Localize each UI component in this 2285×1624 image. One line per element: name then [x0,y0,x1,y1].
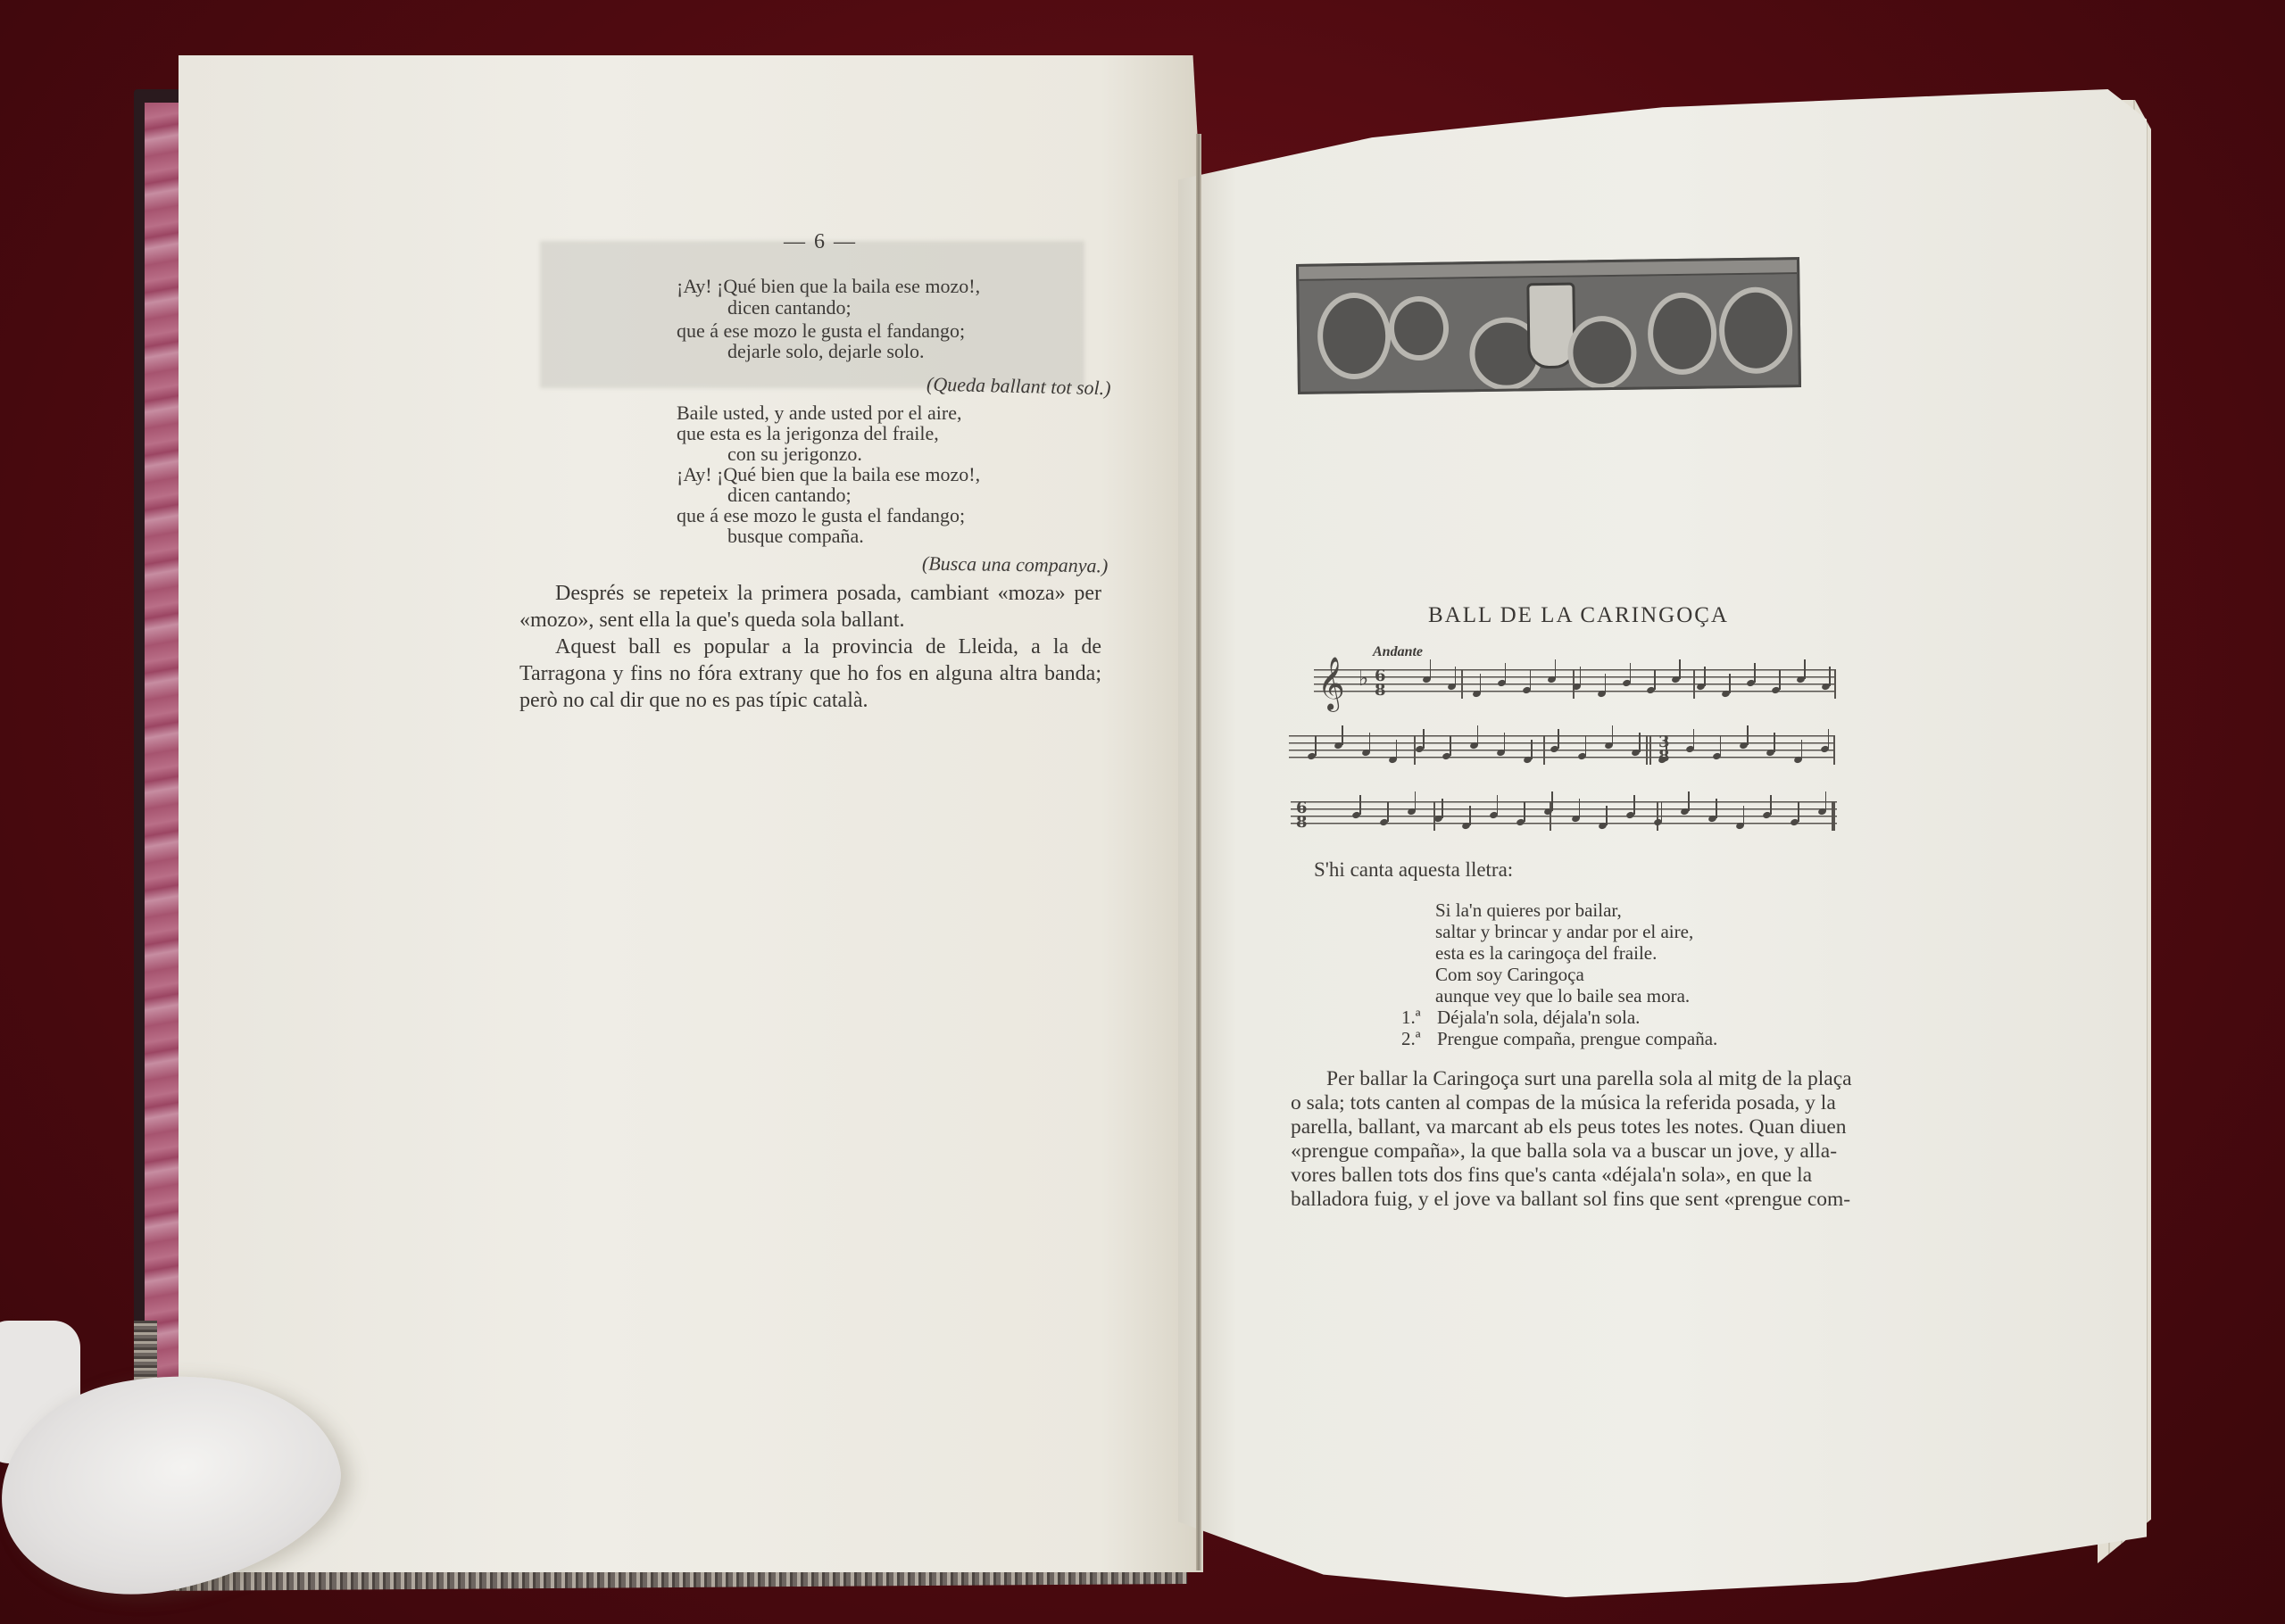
ornament-band [1299,260,1797,281]
note-stem [1654,670,1656,690]
note-stem [1469,806,1471,825]
note-stem [1688,791,1690,811]
note-stem [1505,663,1507,683]
note-stem [1720,736,1722,756]
note-stem [1774,733,1775,752]
note-stem [1612,725,1614,745]
note-stem [1704,667,1706,686]
ornament-scroll [1567,316,1637,390]
paragraph: Després se repeteix la primera posada, c… [519,580,1101,634]
barline [1461,669,1463,699]
note-stem [1605,674,1607,693]
note-stem [1630,663,1632,683]
note-stem [1633,795,1635,815]
paragraph-line: o sala; tots canten al compas de la músi… [1291,1091,1836,1115]
note-stem [1450,736,1451,756]
note-stem [1369,733,1371,752]
paragraph-line: Per ballar la Caringoça surt una parella… [1326,1067,1852,1091]
barline [1543,735,1545,765]
note-stem [1639,733,1641,752]
note-stem [1770,795,1772,815]
time-signature: 68 [1296,801,1308,830]
note-stem [1558,729,1559,749]
stage-direction: (Busca una companya.) [922,552,1109,578]
note-stem [1779,670,1781,690]
lyric-line: aunque vey que lo baile sea mora. [1435,985,1690,1007]
ornament-scroll [1648,292,1717,375]
body-text-left: Després se repeteix la primera posada, c… [519,580,1101,714]
lyric-line: esta es la caringoça del fraile. [1435,942,1657,965]
note-stem [1359,795,1361,815]
decorative-headpiece [1296,257,1801,394]
note-stem [1387,802,1389,822]
note-stem [1661,802,1663,822]
lyric-marker: 1.ª [1401,1007,1421,1029]
time-signature: 68 [1375,669,1386,698]
note-stem [1531,740,1533,759]
lyric-line: Si la'n quieres por bailar, [1435,899,1622,922]
note-stem [1804,659,1806,679]
note-stem [1504,733,1506,752]
staff-system-3: 68 [1291,801,1837,830]
paragraph: Aquest ball es popular a la provincia de… [519,634,1101,714]
note-stem [1585,736,1587,756]
note-stem [1716,799,1717,818]
note-stem [1551,791,1553,811]
note-stem [1606,806,1608,825]
note-stem [1555,659,1557,679]
barline [1649,735,1651,765]
note-stem [1743,806,1745,825]
note-stem [1579,799,1581,818]
paragraph-line: vores ballen tots dos fins que's canta «… [1291,1164,1812,1188]
page-number: — 6 — [784,230,857,254]
note-stem [1315,736,1317,756]
poem-line: dejarle solo, dejarle solo. [727,340,925,363]
paragraph-line: balladora fuig, y el jove va ballant sol… [1291,1188,1850,1212]
barline [1657,801,1658,831]
tempo-marking: Andante [1373,644,1423,660]
note-stem [1754,663,1756,683]
note-stem [1415,791,1417,811]
note-stem [1666,740,1667,759]
ornament-scroll [1317,292,1391,379]
barline [1693,669,1695,699]
final-barline [1832,801,1835,831]
lyric-line: Prengue compaña, prengue compaña. [1437,1028,1717,1050]
barline [1834,669,1836,699]
note-stem [1423,729,1425,749]
lyric-line: saltar y brincar y andar por el aire, [1435,921,1693,943]
note-stem [1801,740,1803,759]
note-stem [1530,670,1532,690]
note-stem [1693,729,1695,749]
treble-clef-icon: 𝄞 [1317,660,1345,707]
note-stem [1455,667,1457,686]
flat-icon: ♭ [1359,666,1368,692]
book-gutter [1196,134,1201,1570]
barline [1833,735,1835,765]
poem-line: busque compaña. [727,525,864,548]
note-stem [1342,725,1343,745]
note-stem [1829,667,1831,686]
note-stem [1580,667,1582,686]
note-stem [1497,795,1499,815]
poem-line: dicen cantando; [727,296,852,319]
lyric-line: Com soy Caringoça [1435,964,1584,986]
lyrics-intro: S'hi canta aquesta lletra: [1314,858,1513,882]
paragraph-line: «prengue compaña», la que balla sola va … [1291,1139,1837,1164]
ornament-scroll [1718,286,1792,374]
staff-system-2: 38 [1289,735,1835,764]
stage-direction: (Queda ballant tot sol.) [926,373,1111,401]
lyric-line: Déjala'n sola, déjala'n sola. [1437,1007,1640,1029]
note-stem [1747,725,1749,745]
note-stem [1825,791,1827,811]
marbled-page-edge [145,103,182,1396]
lyric-marker: 2.ª [1401,1028,1421,1050]
note-stem [1430,659,1432,679]
note-stem [1442,799,1443,818]
note-stem [1798,802,1799,822]
poem-line: ¡Ay! ¡Qué bien que la baila ese mozo!, [677,275,980,298]
ornament-scroll [1389,296,1450,361]
song-title: BALL DE LA CARINGOÇA [1428,603,1729,628]
note-stem [1480,674,1482,693]
barline [1646,735,1648,765]
note-stem [1477,725,1479,745]
note-stem [1729,674,1731,693]
note-stem [1524,802,1525,822]
note-stem [1679,659,1681,679]
note-stem [1396,740,1398,759]
paragraph-line: parella, ballant, va marcant ab els peus… [1291,1115,1847,1139]
note-stem [1828,729,1830,749]
